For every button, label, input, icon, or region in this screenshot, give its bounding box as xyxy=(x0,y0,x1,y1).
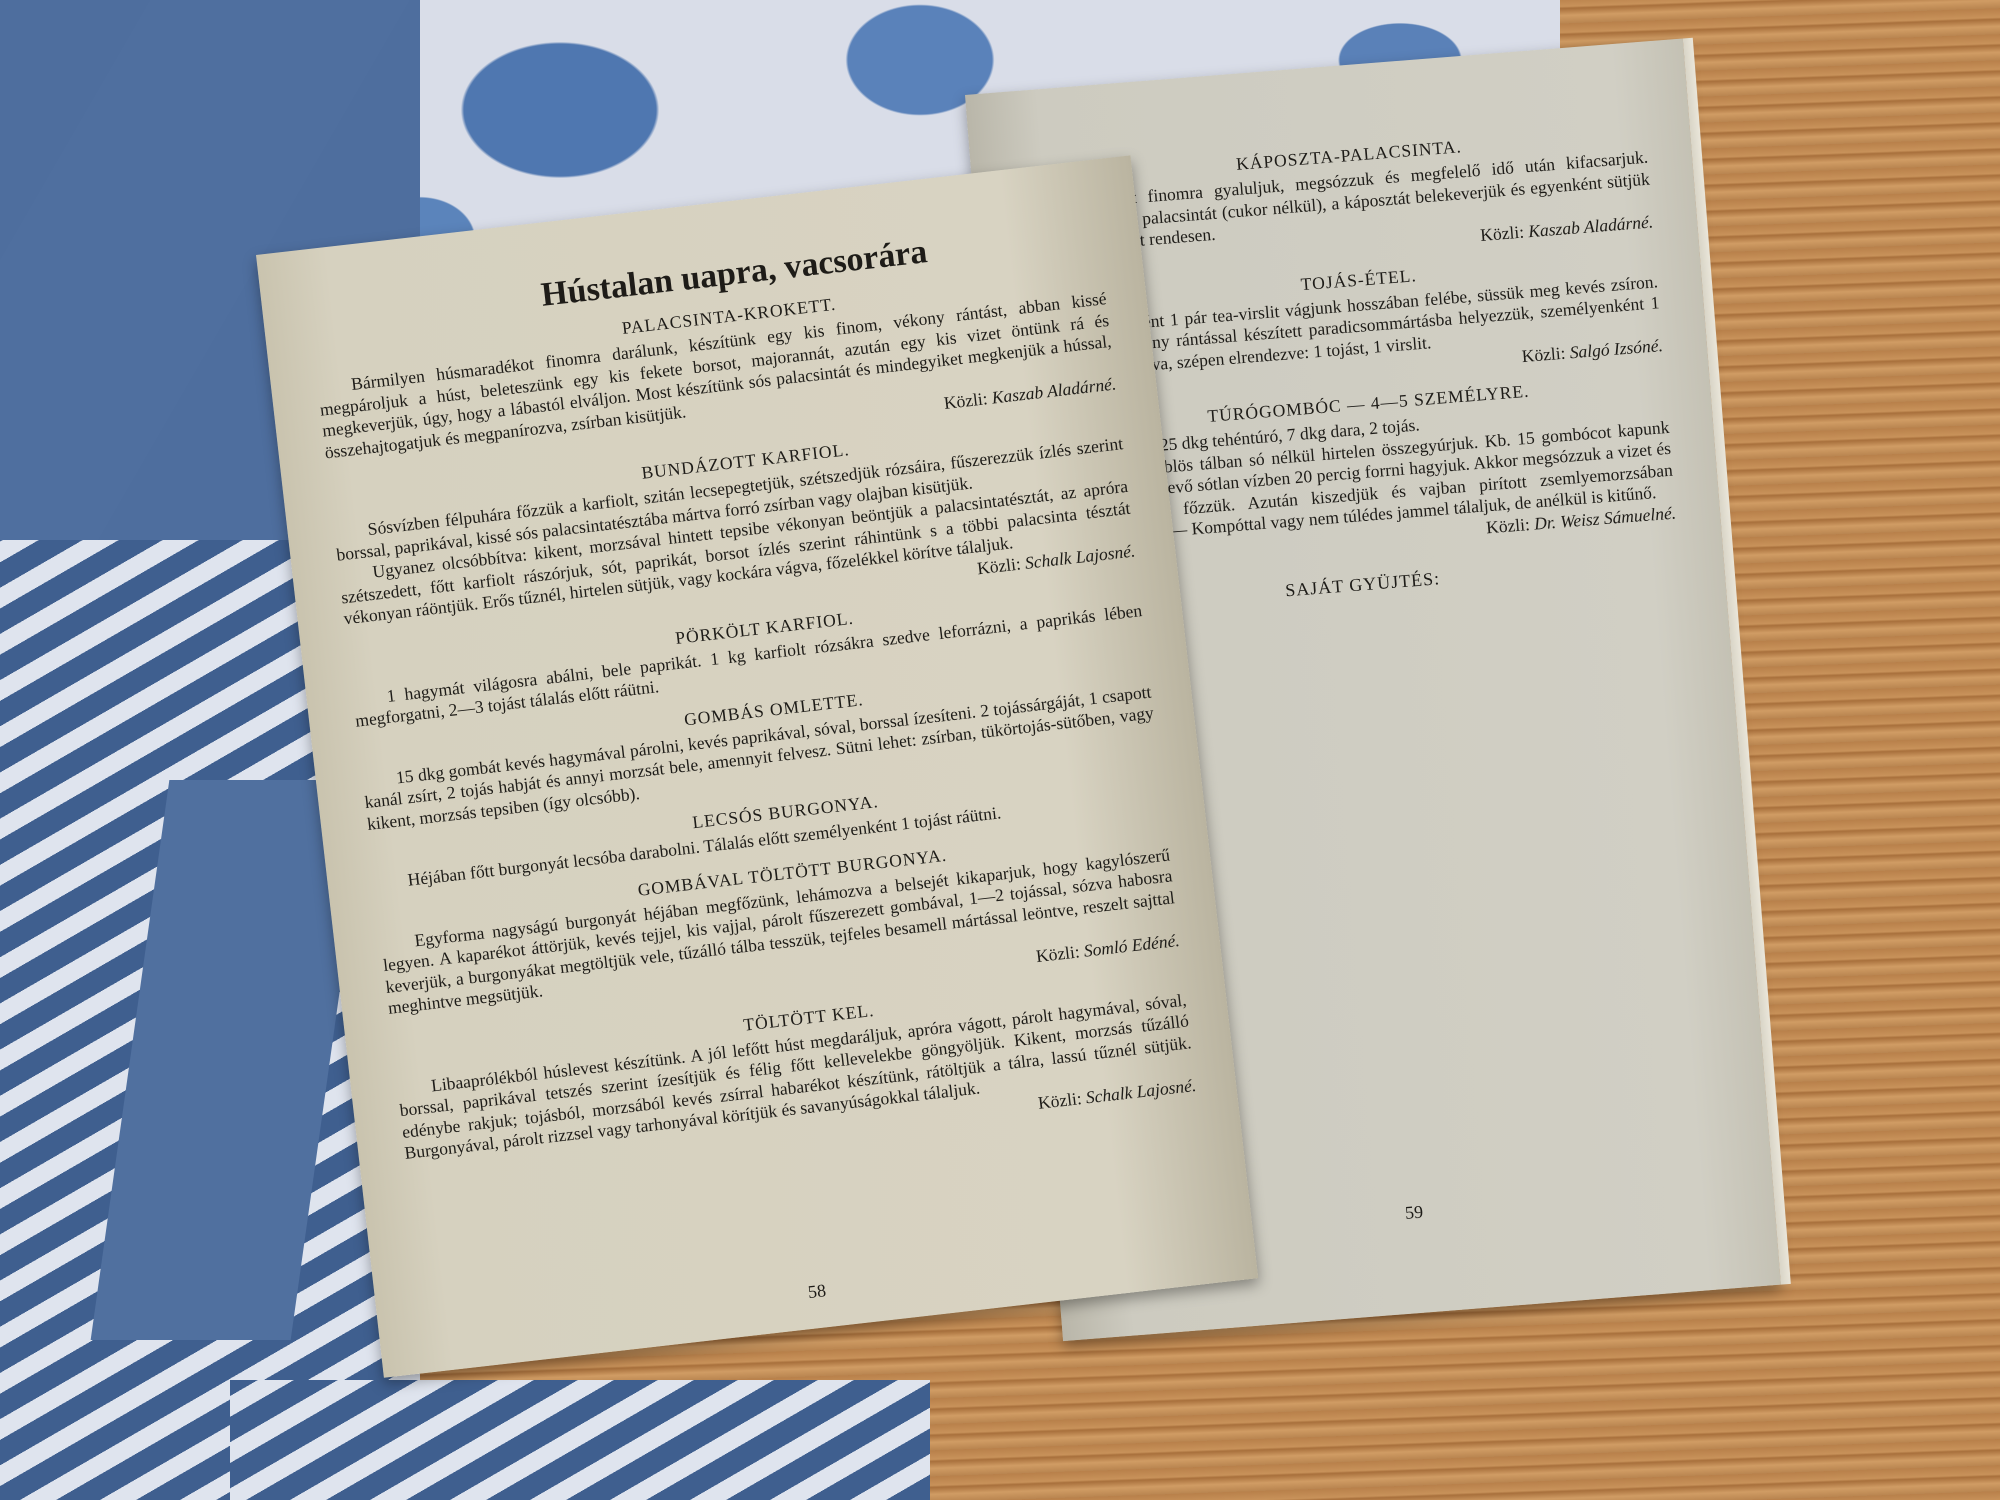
credit-label: Közli: xyxy=(1480,221,1530,245)
credit-label: Közli: xyxy=(1035,940,1085,965)
striped-fabric-bottom xyxy=(230,1380,930,1500)
left-page: Hústalan uapra, vacsorára PALACSINTA-KRO… xyxy=(256,155,1258,1377)
credit-label: Közli: xyxy=(1485,513,1535,537)
credit-label: Közli: xyxy=(943,388,993,413)
credit-label: Közli: xyxy=(976,552,1026,577)
credit-label: Közli: xyxy=(1037,1087,1087,1112)
left-recipes: PALACSINTA-KROKETT.Bármilyen húsmaradéko… xyxy=(313,263,1197,1185)
credit-label: Közli: xyxy=(1521,342,1571,366)
page-edge xyxy=(1683,38,1791,1285)
